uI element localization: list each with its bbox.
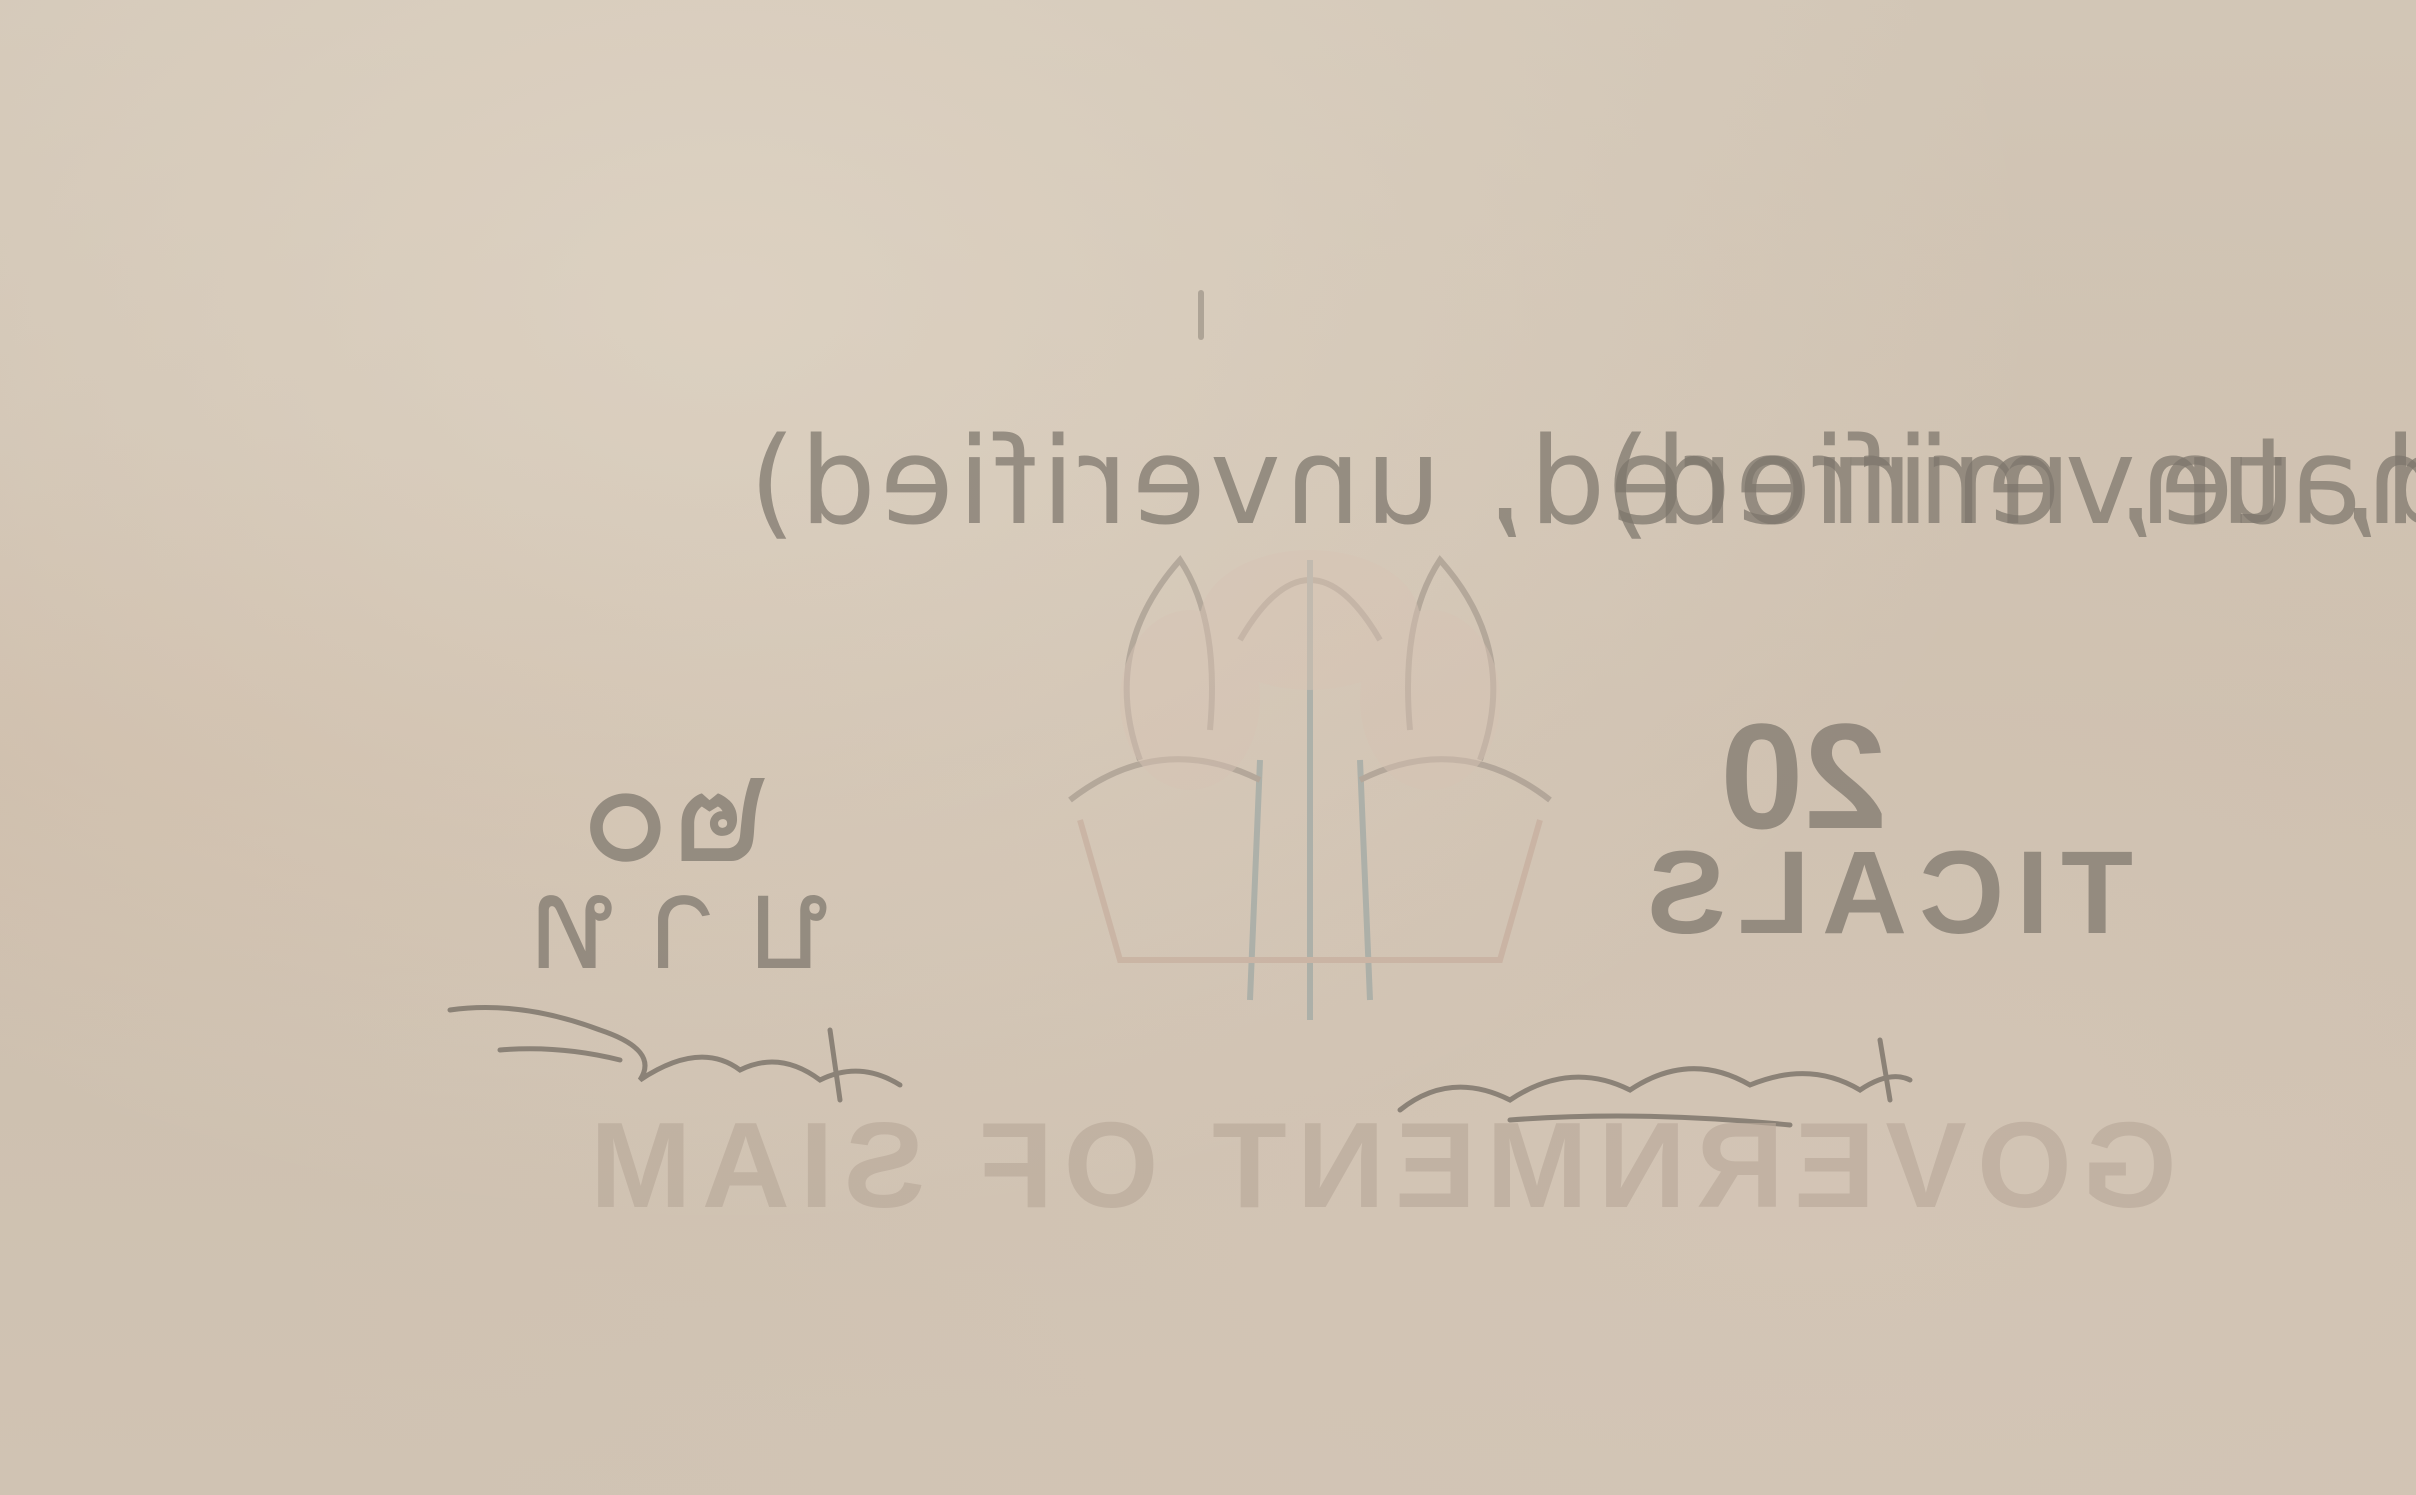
thai-word-top-right: รัฐบาล (approximate, mirrored, unverifie… (1600, 385, 2416, 576)
banknote-reverse: ตรา (approximate, mirrored, unverified) … (0, 0, 2416, 1495)
latin-currency-word: TICALS (1635, 825, 2133, 961)
emblem-icon (1010, 500, 1610, 1060)
issuer-text: GOVERNMENT OF SIAM (580, 1095, 2177, 1235)
thai-word-top-right-text: รัฐบาล (approximate, mirrored, unverifie… (1600, 385, 2416, 576)
center-mark (1198, 290, 1204, 340)
issuer-text-value: GOVERNMENT OF SIAM (580, 1095, 2177, 1235)
latin-currency-word-text: TICALS (1635, 825, 2133, 961)
